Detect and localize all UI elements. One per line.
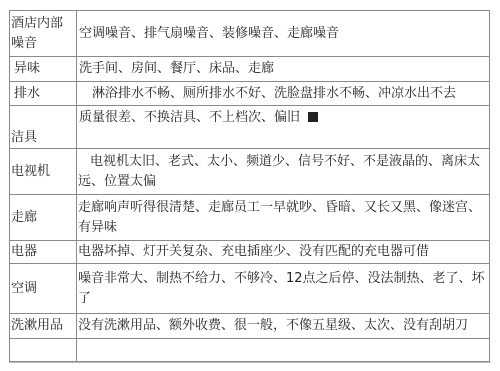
table-row: 异味 洗手间、房间、餐厅、床品、走廊	[10, 57, 490, 82]
row-key: 酒店内部噪音	[10, 11, 77, 57]
row-key: 排水	[10, 82, 77, 106]
row-key: 洗漱用品	[10, 314, 77, 339]
complaints-table: 酒店内部噪音 空调噪音、排气扇噪音、装修噪音、走廊噪音 异味 洗手间、房间、餐厅…	[9, 10, 490, 362]
row-key: 走廊	[10, 195, 77, 241]
row-value: 洗手间、房间、餐厅、床品、走廊	[77, 57, 490, 82]
table-row: 电视机 电视机太旧、老式、太小、频道少、信号不好、不是液晶的、离床太远、位置太偏	[10, 149, 490, 195]
black-square-icon	[308, 112, 318, 122]
row-value: 淋浴排水不畅、厕所排水不好、洗脸盘排水不畅、冲凉水出不去	[77, 82, 490, 106]
table-row: 空调 噪音非常大、制热不给力、不够冷、12点之后停、没法制热、老了、坏了	[10, 264, 490, 314]
row-value: 走廊响声听得很清楚、走廊员工一早就吵、昏暗、又长又黑、像迷宫、有异味	[77, 195, 490, 241]
table-bottom-shadow	[9, 362, 491, 363]
row-key: 洁具	[10, 106, 77, 149]
row-key: 异味	[10, 57, 77, 82]
table-row: 电器 电器坏掉、灯开关复杂、充电插座少、没有匹配的充电器可借	[10, 241, 490, 264]
row-value: 电器坏掉、灯开关复杂、充电插座少、没有匹配的充电器可借	[77, 241, 490, 264]
row-value	[77, 339, 490, 362]
table-row: 排水 淋浴排水不畅、厕所排水不好、洗脸盘排水不畅、冲凉水出不去	[10, 82, 490, 106]
table-row: 洁具 质量很差、不换洁具、不上档次、偏旧	[10, 106, 490, 149]
row-value: 空调噪音、排气扇噪音、装修噪音、走廊噪音	[77, 11, 490, 57]
row-value: 噪音非常大、制热不给力、不够冷、12点之后停、没法制热、老了、坏了	[77, 264, 490, 314]
table-row: 酒店内部噪音 空调噪音、排气扇噪音、装修噪音、走廊噪音	[10, 11, 490, 57]
row-key: 电器	[10, 241, 77, 264]
row-key	[10, 339, 77, 362]
table-row	[10, 339, 490, 362]
row-value: 没有洗漱用品、额外收费、很一般，不像五星级、太次、没有刮胡刀	[77, 314, 490, 339]
row-value: 质量很差、不换洁具、不上档次、偏旧	[77, 106, 490, 149]
row-value: 电视机太旧、老式、太小、频道少、信号不好、不是液晶的、离床太远、位置太偏	[77, 149, 490, 195]
row-key: 电视机	[10, 149, 77, 195]
table-row: 洗漱用品 没有洗漱用品、额外收费、很一般，不像五星级、太次、没有刮胡刀	[10, 314, 490, 339]
row-key: 空调	[10, 264, 77, 314]
table-row: 走廊 走廊响声听得很清楚、走廊员工一早就吵、昏暗、又长又黑、像迷宫、有异味	[10, 195, 490, 241]
